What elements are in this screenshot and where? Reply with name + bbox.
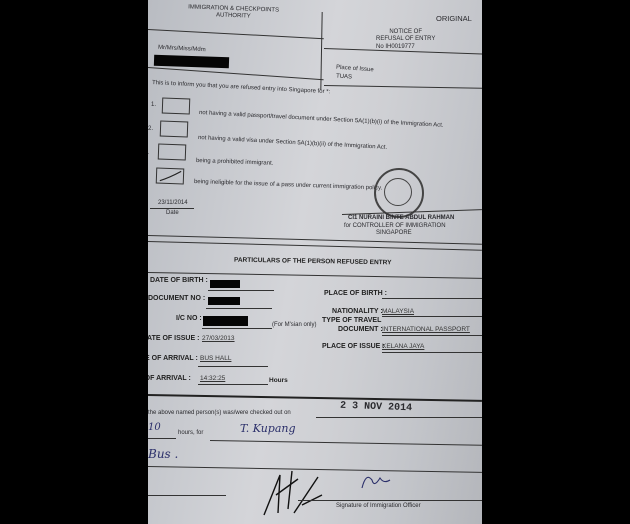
- checkout-date-stamp: 2 3 NOV 2014: [340, 401, 412, 415]
- refusal-date: 23/11/2014: [158, 200, 188, 206]
- signature-label: Signature of Immigration Officer: [336, 503, 421, 509]
- checkout-text: the above named person(s) was/were check…: [148, 410, 291, 416]
- nationality-value: MALAYSIA: [382, 308, 414, 315]
- particulars-title: PARTICULARS OF THE PERSON REFUSED ENTRY: [234, 257, 392, 267]
- reason-4-text: being ineligible for the issue of a pass…: [194, 179, 382, 192]
- reason-1-checkbox[interactable]: [162, 98, 191, 115]
- reason-1-text: not having a valid passport/travel docum…: [199, 110, 444, 129]
- passport-place-of-issue-value: KELANA JAYA: [382, 343, 424, 350]
- place-of-arrival-label: PLACE OF ARRIVAL :: [148, 355, 198, 362]
- checkout-hours-value: 10: [148, 422, 161, 433]
- checkmark-icon: [157, 169, 183, 184]
- document-no-label: DOCUMENT NO :: [148, 295, 205, 302]
- place-of-arrival-value: BUS HALL: [200, 355, 231, 362]
- reason-3-checkbox[interactable]: [158, 144, 187, 161]
- reason-4-checkbox[interactable]: [156, 168, 185, 185]
- travel-doc-value: INTERNATIONAL PASSPORT: [382, 326, 470, 333]
- reason-3-text: being a prohibited immigrant.: [196, 158, 274, 167]
- ic-note: (For M'sian only): [272, 322, 317, 328]
- redacted-ic-no: [203, 316, 248, 326]
- ic-no-label: I/C NO :: [176, 315, 202, 322]
- reason-2-checkbox[interactable]: [160, 121, 189, 138]
- dob-label: DATE OF BIRTH :: [150, 277, 208, 284]
- redacted-dob: [210, 280, 240, 288]
- officer-signature-scribble: [258, 465, 348, 524]
- time-of-arrival-label: TIME OF ARRIVAL :: [148, 375, 191, 382]
- copy-label: ORIGINAL: [436, 14, 472, 23]
- notice-title: NOTICE OF REFUSAL OF ENTRY: [376, 29, 435, 43]
- date-label: Date: [166, 210, 179, 216]
- date-of-issue-value: 27/03/2013: [202, 335, 235, 342]
- travel-doc-label-1: TYPE OF TRAVEL: [322, 317, 381, 324]
- intro-text: This is to inform you that you are refus…: [152, 80, 331, 95]
- officer-country: SINGAPORE: [376, 230, 412, 236]
- redacted-document-no: [208, 297, 240, 305]
- hours-text: hours, for: [178, 430, 203, 436]
- officer-role: for CONTROLLER OF IMMIGRATION: [344, 223, 446, 229]
- place-of-birth-label: PLACE OF BIRTH :: [324, 290, 387, 297]
- place-of-issue-value: TUAS: [336, 73, 352, 80]
- date-of-issue-label: DATE OF ISSUE :: [148, 335, 199, 342]
- officer-name: CI1 NURAINI BINTE ABDUL RAHMAN: [348, 215, 454, 221]
- redacted-name: [154, 55, 229, 69]
- travel-doc-label-2: DOCUMENT :: [338, 326, 383, 333]
- checkout-mode: Bus .: [148, 447, 178, 461]
- hours-suffix: Hours: [269, 377, 288, 384]
- reason-2-text: not having a valid visa under Section 5A…: [198, 135, 387, 151]
- time-of-arrival-value: 14:32:25: [200, 375, 225, 382]
- authority-heading: IMMIGRATION & CHECKPOINTS AUTHORITY: [188, 4, 279, 21]
- place-of-issue-label: Place of Issue: [336, 65, 374, 74]
- salutation-label: Mr/Mrs/Miss/Mdm: [158, 45, 206, 53]
- signature-initials: [358, 470, 398, 492]
- passport-place-of-issue-label: PLACE OF ISSUE :: [322, 343, 385, 350]
- checkout-destination: T. Kupang: [240, 422, 296, 435]
- nationality-label: NATIONALITY :: [332, 308, 383, 315]
- refusal-of-entry-notice: IMMIGRATION & CHECKPOINTS AUTHORITY ORIG…: [148, 0, 482, 524]
